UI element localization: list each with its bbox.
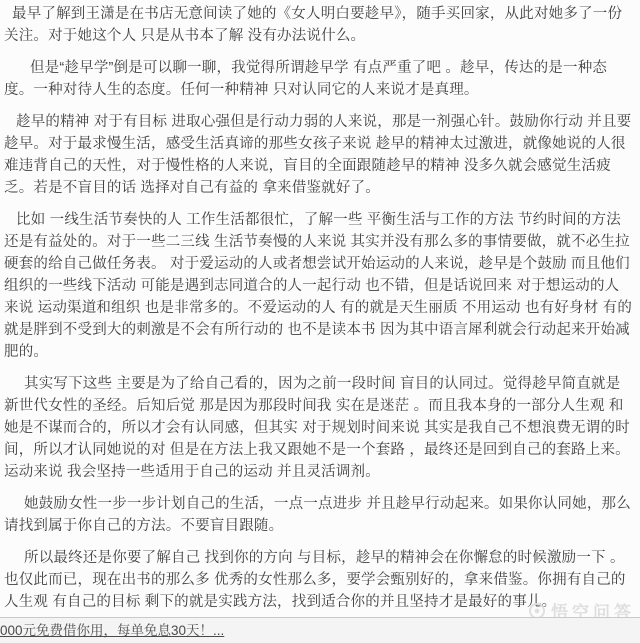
article-body: 最早了解到王潇是在书店无意间读了她的《女人明白要趁早》，随手买回家，从此对她多了…: [0, 0, 640, 613]
paragraph-chenzao-attitude: 但是“趁早学”倒是可以聊一聊，我觉得所谓趁早学 有点严重了吧 。趁早，传达的是一…: [4, 57, 634, 101]
paragraph-intro: 最早了解到王潇是在书店无意间读了她的《女人明白要趁早》，随手买回家，从此对她多了…: [4, 3, 634, 47]
paragraph-examples: 比如 一线生活节奏快的人 工作生活都很忙，了解一些 平衡生活与工作的方法 节约时…: [4, 209, 634, 363]
ad-banner: 000元免费借你用，每单免息30天！...: [0, 617, 640, 643]
paragraph-chenzao-spirit: 趁早的精神 对于有目标 进取心强但是行动力弱的人来说，那是一剂强心针。鼓励你行动…: [4, 111, 634, 199]
paragraph-self-reflection: 其实写下这些 主要是为了给自己看的，因为之前一段时间 盲目的认同过。觉得趁早简直…: [4, 373, 634, 483]
article-page: { "article": { "paragraphs": [ "最早了解到王潇是…: [0, 0, 640, 643]
paragraph-conclusion: 所以最终还是你要了解自己 找到你的方向 与目标，趁早的精神会在你懈怠的时候激励一…: [4, 547, 634, 613]
ad-link[interactable]: 000元免费借你用，每单免息30天！...: [0, 618, 640, 643]
paragraph-encouragement: 她鼓励女性一步一步计划自己的生活，一点一点进步 并且趁早行动起来。如果你认同她，…: [4, 493, 634, 537]
